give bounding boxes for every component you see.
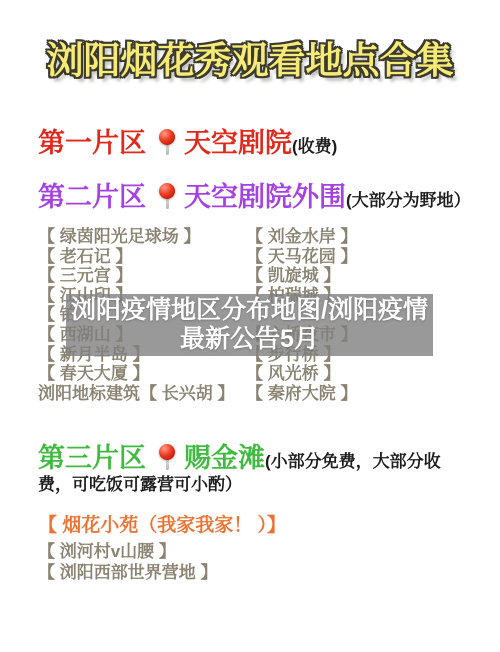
zone2-heading: 第二片区天空剧院外围(大部分为野地）	[38, 175, 471, 214]
zone3-heading: 第三片区赐金滩(小部分免费，大部分收费，可吃饭可露营可小酌）	[38, 443, 471, 497]
watermark-overlay: 浏阳疫情地区分布地图/浏阳疫情最新公告5月	[66, 294, 433, 356]
zone1-note: (收费)	[292, 137, 337, 156]
location-item: 【 刘金水岸 】	[246, 227, 468, 247]
red-pushpin-icon	[158, 444, 176, 472]
zone1-place: 天空剧院	[184, 128, 292, 158]
zone3-place: 赐金滩	[184, 443, 265, 473]
location-item: 【 凯旋城 】	[246, 266, 468, 286]
location-item: 【 老石记 】	[38, 247, 246, 267]
zone2-place: 天空剧院外围	[184, 182, 346, 212]
watermark-text: 浏阳疫情地区分布地图/浏阳疫情最新公告5月	[66, 296, 433, 354]
location-item: 【 浏阳西部世界营地 】	[38, 563, 286, 582]
location-item: 【 绿茵阳光足球场 】	[38, 227, 246, 247]
zone2-label: 第二片区	[38, 182, 146, 212]
location-item: 【 春天大厦 】	[38, 364, 246, 384]
red-pushpin-icon	[158, 183, 176, 211]
location-item: 浏阳地标建筑【 长兴胡 】	[38, 384, 246, 404]
location-item: 【 浏河村v山腰 】	[38, 542, 286, 561]
zone3-location-list: 【 烟花小苑（我家我家！ ）】 【 浏河村v山腰 】 【 浏阳西部世界营地 】	[38, 514, 286, 584]
location-item: 【 风光桥 】	[246, 364, 468, 384]
zone3-label: 第三片区	[38, 443, 146, 473]
zone1-heading: 第一片区天空剧院(收费)	[38, 121, 337, 160]
location-item: 【 秦府大院 】	[246, 384, 468, 404]
red-pushpin-icon	[158, 129, 176, 157]
zone2-note: (大部分为野地）	[346, 191, 471, 210]
location-item: 【 三元宫 】	[38, 266, 246, 286]
fireworks-locations-poster: 浏阳烟花秀观看地点合集 第一片区天空剧院(收费) 第二片区天空剧院外围(大部分为…	[0, 0, 500, 652]
zone1-label: 第一片区	[38, 128, 146, 158]
poster-title: 浏阳烟花秀观看地点合集	[0, 30, 500, 84]
location-item: 【 天马花园 】	[246, 247, 468, 267]
highlighted-location-item: 【 烟花小苑（我家我家！ ）】	[38, 514, 286, 538]
